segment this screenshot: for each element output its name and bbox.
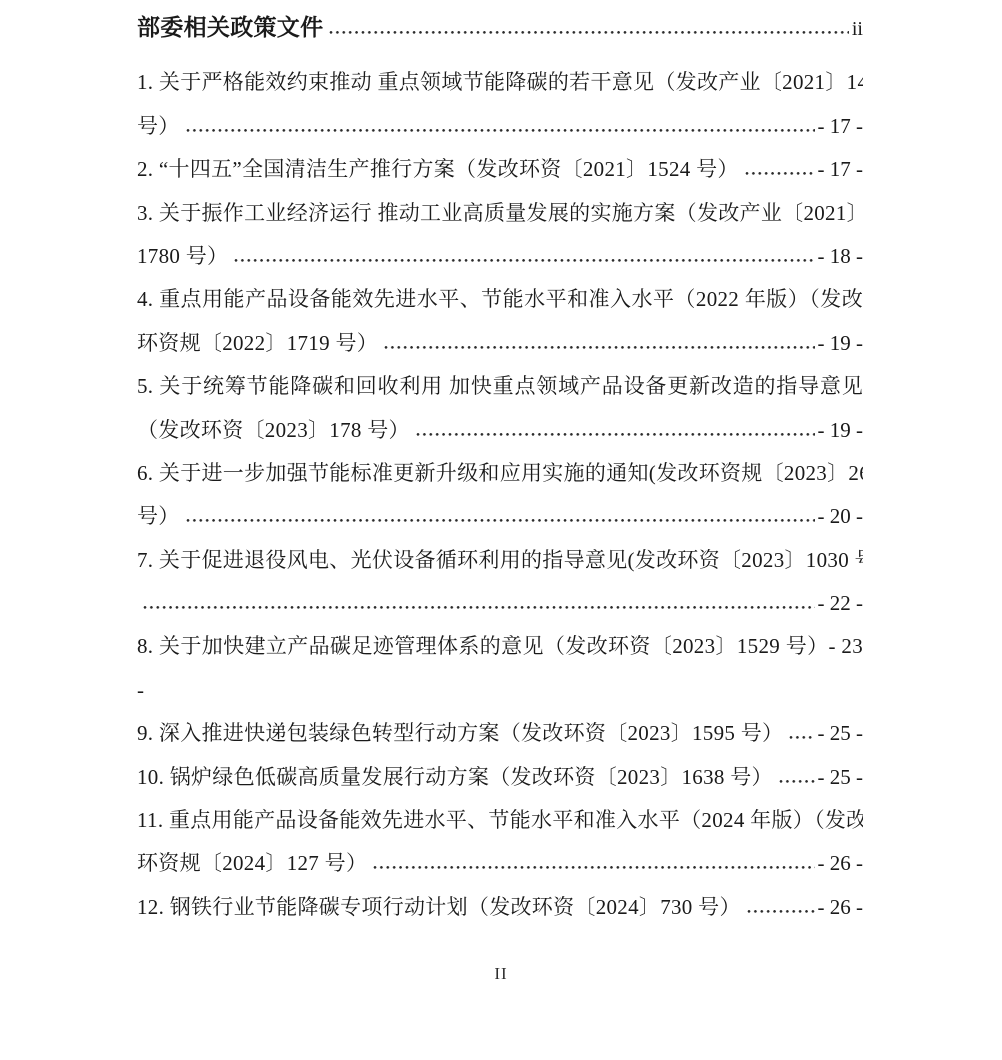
dotted-leader [373, 864, 814, 870]
toc-entry-text: 3. 关于振作工业经济运行 推动工业高质量发展的实施方案（发改产业〔2021〕 [137, 192, 863, 235]
toc-page-number: - 18 - [818, 235, 864, 278]
toc-entry-line[interactable]: 3. 关于振作工业经济运行 推动工业高质量发展的实施方案（发改产业〔2021〕 [137, 192, 863, 235]
toc-entry-text: 1780 号） [137, 235, 228, 278]
toc-entry-text: 12. 钢铁行业节能降碳专项行动计划（发改环资〔2024〕730 号） [137, 886, 741, 929]
toc-entry-text: 1. 关于严格能效约束推动 重点领域节能降碳的若干意见（发改产业〔2021〕14… [137, 61, 863, 104]
toc-entry-line[interactable]: 10. 锅炉绿色低碳高质量发展行动方案（发改环资〔2023〕1638 号）- 2… [137, 756, 863, 799]
toc-entry-line[interactable]: 11. 重点用能产品设备能效先进水平、节能水平和准入水平（2024 年版）（发改 [137, 799, 863, 842]
toc-entry-text: 8. 关于加快建立产品碳足迹管理体系的意见（发改环资〔2023〕1529 号）-… [137, 625, 863, 668]
toc-entry-text: （发改环资〔2023〕178 号） [137, 409, 410, 452]
dotted-leader [186, 517, 815, 523]
dotted-leader [747, 908, 815, 914]
toc-entry-text: 9. 深入推进快递包装绿色转型行动方案（发改环资〔2023〕1595 号） [137, 712, 783, 755]
dotted-leader [234, 257, 814, 263]
toc-entry-text: 2. “十四五”全国清洁生产推行方案（发改环资〔2021〕1524 号） [137, 148, 739, 191]
toc-entry-text: 环资规〔2022〕1719 号） [137, 322, 378, 365]
toc-page-number: - 17 - [818, 105, 864, 148]
dotted-leader [143, 604, 815, 610]
dotted-leader [186, 127, 815, 133]
toc-entry-text: 11. 重点用能产品设备能效先进水平、节能水平和准入水平（2024 年版）（发改 [137, 799, 863, 842]
toc-entry-text: 6. 关于进一步加强节能标准更新升级和应用实施的通知(发改环资规〔2023〕26… [137, 452, 863, 495]
toc-entry-line[interactable]: 环资规〔2024〕127 号）- 26 - [137, 842, 863, 885]
toc-page-number: - 19 - [818, 409, 864, 452]
dotted-leader [384, 344, 814, 350]
dotted-leader [789, 734, 814, 740]
toc-page-number: ii [852, 8, 863, 49]
toc-page-number: - 25 - [818, 756, 864, 799]
dotted-leader [416, 431, 815, 437]
toc-page-number: - 19 - [818, 322, 864, 365]
dotted-leader [779, 778, 815, 784]
toc-page-number: - 17 - [818, 148, 864, 191]
toc-entry-line[interactable]: 4. 重点用能产品设备能效先进水平、节能水平和准入水平（2022 年版）（发改 [137, 278, 863, 321]
toc-entry-text: 10. 锅炉绿色低碳高质量发展行动方案（发改环资〔2023〕1638 号） [137, 756, 773, 799]
toc-entry-line[interactable]: 9. 深入推进快递包装绿色转型行动方案（发改环资〔2023〕1595 号）- 2… [137, 712, 863, 755]
toc-entry-text: 号） [137, 105, 180, 148]
toc-entry-text: 5. 关于统筹节能降碳和回收利用 加快重点领域产品设备更新改造的指导意见 [137, 365, 863, 408]
page-footer: II [0, 964, 1002, 984]
toc-page-number: - 25 - [818, 712, 864, 755]
toc-page-number: - 26 - [818, 886, 864, 929]
toc-entry-line[interactable]: 2. “十四五”全国清洁生产推行方案（发改环资〔2021〕1524 号）- 17… [137, 148, 863, 191]
toc-page-number: - 26 - [818, 842, 864, 885]
document-page: 部委相关政策文件ii1. 关于严格能效约束推动 重点领域节能降碳的若干意见（发改… [0, 0, 1002, 1060]
toc-entry-line[interactable]: 环资规〔2022〕1719 号）- 19 - [137, 322, 863, 365]
toc-entry-line[interactable]: 6. 关于进一步加强节能标准更新升级和应用实施的通知(发改环资规〔2023〕26… [137, 452, 863, 495]
toc-entry-line[interactable]: 12. 钢铁行业节能降碳专项行动计划（发改环资〔2024〕730 号）- 26 … [137, 886, 863, 929]
toc-title-text: 部委相关政策文件 [137, 6, 323, 49]
toc-entry-text: 7. 关于促进退役风电、光伏设备循环利用的指导意见(发改环资〔2023〕1030… [137, 539, 863, 582]
dotted-leader [745, 170, 815, 176]
toc-entry-line[interactable]: 号）- 17 - [137, 105, 863, 148]
footer-page-number: II [494, 964, 507, 983]
toc-entry-text: 号） [137, 495, 180, 538]
toc-entry-text: 环资规〔2024〕127 号） [137, 842, 367, 885]
toc-entry-line[interactable]: 1780 号）- 18 - [137, 235, 863, 278]
toc-entry-line[interactable]: - [137, 669, 863, 712]
toc-entry-line[interactable]: （发改环资〔2023〕178 号）- 19 - [137, 409, 863, 452]
toc-entry-line[interactable]: 8. 关于加快建立产品碳足迹管理体系的意见（发改环资〔2023〕1529 号）-… [137, 625, 863, 668]
toc-page-number: - 22 - [818, 582, 864, 625]
toc-entry-line[interactable]: 1. 关于严格能效约束推动 重点领域节能降碳的若干意见（发改产业〔2021〕14… [137, 61, 863, 104]
toc-entry-text: - [137, 669, 144, 712]
toc-page-number: - 20 - [818, 495, 864, 538]
toc-entry-text: 4. 重点用能产品设备能效先进水平、节能水平和准入水平（2022 年版）（发改 [137, 278, 863, 321]
toc-entry-line[interactable]: - 22 - [137, 582, 863, 625]
dotted-leader [329, 29, 848, 35]
toc-entry-line[interactable]: 号）- 20 - [137, 495, 863, 538]
toc-entry-line[interactable]: 7. 关于促进退役风电、光伏设备循环利用的指导意见(发改环资〔2023〕1030… [137, 539, 863, 582]
toc: 部委相关政策文件ii1. 关于严格能效约束推动 重点领域节能降碳的若干意见（发改… [137, 6, 863, 929]
toc-entry-line[interactable]: 5. 关于统筹节能降碳和回收利用 加快重点领域产品设备更新改造的指导意见 [137, 365, 863, 408]
toc-title-row[interactable]: 部委相关政策文件ii [137, 6, 863, 49]
